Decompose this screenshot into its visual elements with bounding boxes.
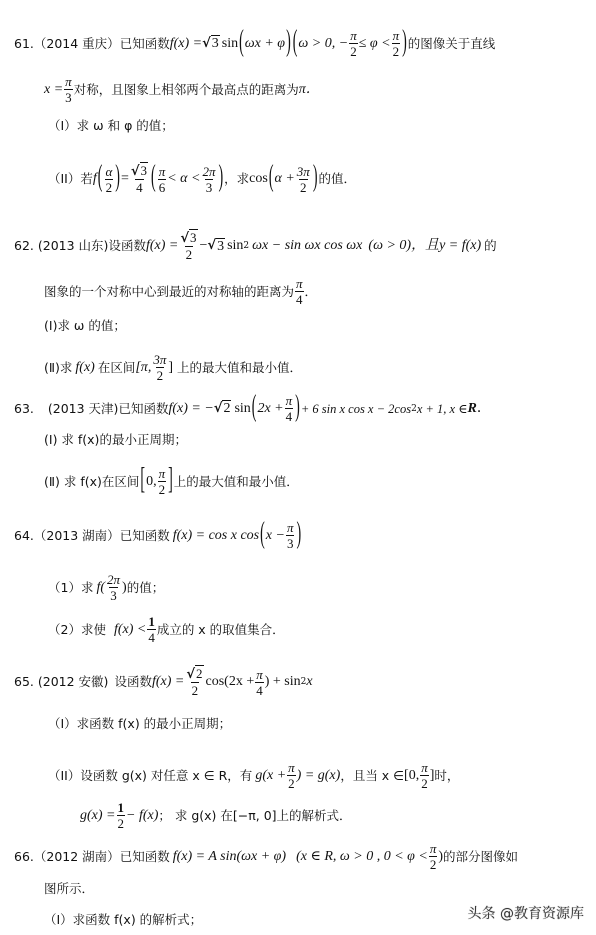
math-expr: α + — [275, 171, 295, 187]
superscript: 2 — [243, 238, 249, 254]
math-expr: 2 — [222, 400, 231, 417]
problem-intro: 设函数 — [114, 674, 152, 690]
text: 时， — [434, 768, 459, 784]
problem-65-line-1: 65. (2012 安徽) 设函数 f(x) = √22 cos(2x + π4… — [14, 666, 313, 698]
text: 成立的 x 的取值集合． — [157, 622, 285, 638]
math-expr: 3 — [216, 238, 225, 255]
text: ，且当 x ∈ — [340, 768, 404, 784]
fraction: √22 — [185, 666, 204, 698]
problem-65-part-2: （II）设函数 g(x) 对任意 x ∈ R，有 g(x + π2 ) = g(… — [48, 760, 459, 791]
watermark: 头条 @教育资源库 — [468, 903, 584, 923]
paren: ) — [286, 26, 291, 61]
text: 对称，且图象上相邻两个最高点的距离为 — [74, 82, 299, 98]
sqrt-symbol: √ — [202, 36, 211, 52]
fraction: π3 — [286, 520, 295, 551]
text: 的值． — [318, 171, 356, 187]
text: 图象的一个对称中心到最近的对称轴的距离为 — [44, 284, 294, 300]
math-expr: sin — [222, 36, 238, 52]
period: ． — [305, 284, 318, 300]
problem-source: (2013 天津) — [48, 401, 119, 417]
fraction: π2 — [349, 28, 358, 59]
problem-64-part-1: （1）求 f( 2π3 ) 的值； — [48, 572, 164, 603]
math-expr: (x ∈ R, ω > 0 , 0 < φ < — [296, 849, 428, 865]
problem-62-part-2: (Ⅱ)求 f(x) 在区间 [π, 3π2 ] 上的最大值和最小值． — [44, 352, 302, 383]
math-expr: x = — [44, 82, 63, 98]
math-expr: ωx + φ — [245, 36, 285, 52]
fraction: π2 — [429, 841, 438, 872]
text: （II）若 — [48, 171, 93, 187]
problem-63-line-1: 63. (2013 天津) 已知函数 f(x) = − √2 sin ( 2x … — [14, 393, 491, 424]
text: (Ⅱ) 求 f(x)在区间 — [44, 474, 139, 490]
fraction: 14 — [147, 614, 156, 645]
math-expr: ] — [168, 360, 173, 376]
fraction: 3π2 — [152, 352, 167, 383]
math-expr: f(x) = — [146, 238, 178, 254]
math-expr: ω > 0, − — [298, 36, 348, 52]
math-expr: g(x) = — [80, 808, 116, 824]
paren: ) — [296, 518, 301, 553]
fraction: α2 — [104, 164, 113, 195]
math-expr: ) + sin — [265, 674, 301, 690]
math-expr: [0, — [404, 768, 419, 784]
paren: ) — [313, 161, 318, 196]
problem-intro: 已知函数 — [120, 528, 170, 544]
math-expr: f — [93, 171, 97, 187]
problem-63-part-2: (Ⅱ) 求 f(x)在区间 [ 0, π2 ] 上的最大值和最小值． — [44, 466, 299, 497]
fraction: 3π2 — [296, 164, 311, 195]
math-expr: − f(x) — [126, 808, 158, 824]
problem-61-line-2: x = π3 对称，且图象上相邻两个最高点的距离为 π． — [44, 74, 320, 105]
text: 的值； — [127, 580, 165, 596]
text: （II）设函数 g(x) 对任意 x ∈ R，有 — [48, 768, 252, 784]
sqrt-symbol: √ — [214, 401, 223, 417]
paren: ) — [115, 161, 120, 196]
math-expr: x — [306, 674, 312, 690]
bracket: ] — [168, 464, 173, 499]
problem-intro: 已知函数 — [118, 401, 168, 417]
problem-number: 65. — [14, 674, 34, 690]
fraction: √32 — [179, 230, 198, 262]
fraction: π4 — [285, 393, 294, 424]
problem-source: （2013 湖南） — [34, 528, 120, 544]
fraction: 12 — [117, 800, 126, 831]
math-expr: g(x + — [255, 768, 286, 784]
text: (Ⅰ) 求 f(x)的最小正周期； — [44, 432, 187, 448]
paren: ( — [269, 161, 274, 196]
math-expr: ) = g(x) — [297, 768, 341, 784]
fraction: π3 — [64, 74, 73, 105]
text: (Ⅰ)求 ω 的值； — [44, 318, 126, 334]
text: 上的最大值和最小值． — [174, 474, 299, 490]
text: ，求 — [224, 171, 249, 187]
paren: ( — [239, 26, 244, 61]
paren: ( — [252, 391, 257, 426]
paren: ) — [295, 391, 300, 426]
text: 上的最大值和最小值． — [177, 360, 302, 376]
math-expr: R — [468, 401, 477, 417]
paren: ( — [98, 161, 103, 196]
math-expr: < α < — [167, 171, 200, 187]
paren: ) — [402, 26, 407, 61]
paren: ) — [218, 161, 223, 196]
math-expr: sin — [227, 238, 243, 254]
problem-63-part-1: (Ⅰ) 求 f(x)的最小正周期； — [44, 432, 187, 448]
math-expr: f(x) = cos x cos — [173, 528, 259, 544]
math-expr: f(x) = − — [168, 401, 213, 417]
problem-64-line-1: 64. （2013 湖南） 已知函数 f(x) = cos x cos ( x … — [14, 520, 302, 551]
problem-source: (2012 安徽) — [38, 674, 109, 690]
paren: ( — [151, 161, 156, 196]
problem-62-line-1: 62. (2013 山东) 设函数 f(x) = √32 − √3 sin2 ω… — [14, 230, 497, 262]
fraction: π6 — [158, 164, 167, 195]
math-expr: y = f(x) — [439, 238, 481, 254]
text: ； 求 g(x) 在[−π, 0]上的解析式． — [158, 808, 351, 824]
math-expr: = — [121, 171, 129, 187]
fraction: π2 — [420, 760, 429, 791]
problem-61-part-1: （I）求 ω 和 φ 的值； — [48, 118, 174, 134]
math-expr: 0, — [146, 474, 157, 490]
math-expr: π． — [299, 82, 320, 98]
text: （I）求函数 f(x) 的最小正周期； — [48, 716, 231, 732]
bracket: [ — [140, 464, 145, 499]
problem-intro: 已知函数 — [120, 36, 170, 52]
math-expr: 2x + — [257, 401, 283, 417]
math-expr: x − — [266, 528, 285, 544]
text: (Ⅱ)求 — [44, 360, 72, 376]
problem-66-part-1: （Ⅰ）求函数 f(x) 的解析式； — [44, 912, 202, 928]
problem-number: 62. — [14, 238, 34, 254]
text: （1）求 — [48, 580, 93, 596]
text: （Ⅰ）求函数 f(x) 的解析式； — [44, 912, 202, 928]
math-expr: f(x) = — [152, 674, 184, 690]
fraction: 2π3 — [106, 572, 121, 603]
problem-source: （2014 重庆） — [34, 36, 120, 52]
problem-66-line-1: 66. （2012 湖南） 已知函数 f(x) = A sin(ωx + φ) … — [14, 841, 518, 872]
problem-62-part-1: (Ⅰ)求 ω 的值； — [44, 318, 126, 334]
problem-source: （2012 湖南） — [34, 849, 120, 865]
math-expr: − — [200, 238, 208, 254]
math-expr: ≤ φ < — [359, 36, 391, 52]
problem-62-line-2: 图象的一个对称中心到最近的对称轴的距离为 π4 ． — [44, 276, 317, 307]
problem-number: 66. — [14, 849, 34, 865]
math-expr: sin — [234, 401, 250, 417]
sqrt-symbol: √ — [207, 238, 216, 254]
problem-source: (2013 山东) — [38, 238, 109, 254]
math-expr: f(x) < — [114, 622, 146, 638]
text: （I）求 ω 和 φ 的值； — [48, 118, 174, 134]
math-expr: + 6 sin x cos x − 2cos — [301, 401, 411, 417]
text: 的部分图像如 — [443, 849, 518, 865]
text: 的 — [484, 238, 497, 254]
math-expr: (ω > 0)，且 — [368, 238, 439, 254]
problem-number: 61. — [14, 36, 34, 52]
math-expr: f( — [96, 580, 105, 596]
math-expr: [π, — [135, 360, 151, 376]
math-expr: 3 — [211, 35, 220, 52]
math-expr: f(x) = — [170, 36, 202, 52]
math-expr: f(x) — [75, 360, 94, 376]
text: 在区间 — [98, 360, 136, 376]
fraction: π2 — [392, 28, 401, 59]
problem-number: 63. — [14, 401, 34, 417]
math-expr: f(x) = A sin(ωx + φ) — [173, 849, 286, 865]
problem-65-part-2b: g(x) = 12 − f(x) ； 求 g(x) 在[−π, 0]上的解析式． — [80, 800, 352, 831]
fraction: π4 — [255, 667, 264, 698]
text: 图所示． — [44, 881, 94, 897]
problem-64-part-2: （2）求使 f(x) < 14 成立的 x 的取值集合． — [48, 614, 285, 645]
problem-66-line-2: 图所示． — [44, 881, 94, 897]
fraction: π2 — [158, 466, 167, 497]
math-expr: ． — [477, 401, 491, 417]
fraction: π4 — [295, 276, 304, 307]
problem-intro: 设函数 — [108, 238, 146, 254]
math-expr: ωx − sin ωx cos ωx — [252, 238, 362, 254]
math-expr: cos(2x + — [206, 674, 255, 690]
math-expr: x + 1, x ∈ — [417, 401, 468, 417]
fraction: √34 — [130, 163, 149, 195]
fraction: 2π3 — [201, 164, 216, 195]
text: （2）求使 — [48, 622, 106, 638]
problem-intro: 已知函数 — [120, 849, 170, 865]
paren: ( — [260, 518, 265, 553]
math-expr: cos — [249, 171, 268, 187]
problem-61-part-2: （II）若 f (α2) = √34 ( π6 < α < 2π3 ) ，求 c… — [48, 163, 356, 195]
problem-65-part-1: （I）求函数 f(x) 的最小正周期； — [48, 716, 231, 732]
problem-61-line-1: 61. （2014 重庆） 已知函数 f(x) = √3 sin (ωx + φ… — [14, 28, 495, 59]
fraction: π2 — [287, 760, 296, 791]
paren: ( — [293, 26, 298, 61]
text: 的图像关于直线 — [408, 36, 496, 52]
problem-number: 64. — [14, 528, 34, 544]
